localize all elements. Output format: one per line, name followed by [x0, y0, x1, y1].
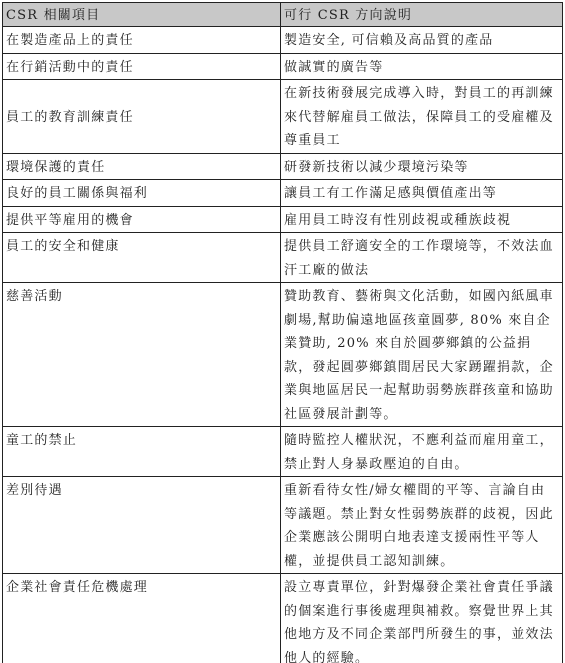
- header-csr-item: CSR 相關項目: [3, 3, 281, 27]
- csr-direction-cell: 研發新技術以減少環境污染等: [281, 153, 563, 180]
- table-row: 企業社會責任危機處理 設立專責單位，針對爆發企業社會責任爭議的個案進行事後處理與…: [3, 574, 563, 663]
- table-row: 差別待遇 重新看待女性/婦女權間的平等、言論自由等議題。禁止對女性弱勢族群的歧視…: [3, 477, 563, 574]
- csr-direction-cell: 雇用員工時沒有性別歧視或種族歧視: [281, 206, 563, 233]
- document-page: CSR 相關項目 可行 CSR 方向說明 在製造產品上的責任 製造安全, 可信賴…: [0, 0, 565, 663]
- csr-direction-cell: 設立專責單位，針對爆發企業社會責任爭議的個案進行事後處理與補救。察覺世界上其他地…: [281, 574, 563, 663]
- csr-item-cell: 差別待遇: [3, 477, 281, 574]
- csr-item-cell: 良好的員工關係與福利: [3, 180, 281, 207]
- csr-item-cell: 企業社會責任危機處理: [3, 574, 281, 663]
- table-row: 慈善活動 贊助教育、藝術與文化活動，如國內紙風車劇場,幫助偏遠地區孩童圓夢, 8…: [3, 283, 563, 427]
- csr-item-cell: 員工的教育訓練責任: [3, 80, 281, 154]
- csr-direction-cell: 重新看待女性/婦女權間的平等、言論自由等議題。禁止對女性弱勢族群的歧視，因此企業…: [281, 477, 563, 574]
- csr-item-cell: 在製造產品上的責任: [3, 27, 281, 54]
- table-row: 環境保護的責任 研發新技術以減少環境污染等: [3, 153, 563, 180]
- table-row: 在製造產品上的責任 製造安全, 可信賴及高品質的產品: [3, 27, 563, 54]
- csr-direction-cell: 提供員工舒適安全的工作環境等，不效法血汗工廠的做法: [281, 233, 563, 283]
- table-row: 童工的禁止 隨時監控人權狀況，不應利益而雇用童工，禁止對人身暴政壓迫的自由。: [3, 427, 563, 477]
- header-csr-direction: 可行 CSR 方向說明: [281, 3, 563, 27]
- csr-item-cell: 環境保護的責任: [3, 153, 281, 180]
- csr-item-cell: 在行銷活動中的責任: [3, 53, 281, 80]
- csr-direction-cell: 隨時監控人權狀況，不應利益而雇用童工，禁止對人身暴政壓迫的自由。: [281, 427, 563, 477]
- csr-direction-cell: 贊助教育、藝術與文化活動，如國內紙風車劇場,幫助偏遠地區孩童圓夢, 80% 來自…: [281, 283, 563, 427]
- table-row: 良好的員工關係與福利 讓員工有工作滿足感與價值產出等: [3, 180, 563, 207]
- csr-item-cell: 慈善活動: [3, 283, 281, 427]
- csr-direction-cell: 在新技術發展完成導入時，對員工的再訓練來代替解雇員工做法，保障員工的受雇權及尊重…: [281, 80, 563, 154]
- csr-item-cell: 童工的禁止: [3, 427, 281, 477]
- csr-direction-cell: 做誠實的廣告等: [281, 53, 563, 80]
- table-header-row: CSR 相關項目 可行 CSR 方向說明: [3, 3, 563, 27]
- table-row: 員工的安全和健康 提供員工舒適安全的工作環境等，不效法血汗工廠的做法: [3, 233, 563, 283]
- table-row: 提供平等雇用的機會 雇用員工時沒有性別歧視或種族歧視: [3, 206, 563, 233]
- csr-direction-cell: 製造安全, 可信賴及高品質的產品: [281, 27, 563, 54]
- csr-item-cell: 員工的安全和健康: [3, 233, 281, 283]
- csr-table: CSR 相關項目 可行 CSR 方向說明 在製造產品上的責任 製造安全, 可信賴…: [2, 2, 563, 663]
- csr-item-cell: 提供平等雇用的機會: [3, 206, 281, 233]
- csr-direction-cell: 讓員工有工作滿足感與價值產出等: [281, 180, 563, 207]
- table-row: 員工的教育訓練責任 在新技術發展完成導入時，對員工的再訓練來代替解雇員工做法，保…: [3, 80, 563, 154]
- table-row: 在行銷活動中的責任 做誠實的廣告等: [3, 53, 563, 80]
